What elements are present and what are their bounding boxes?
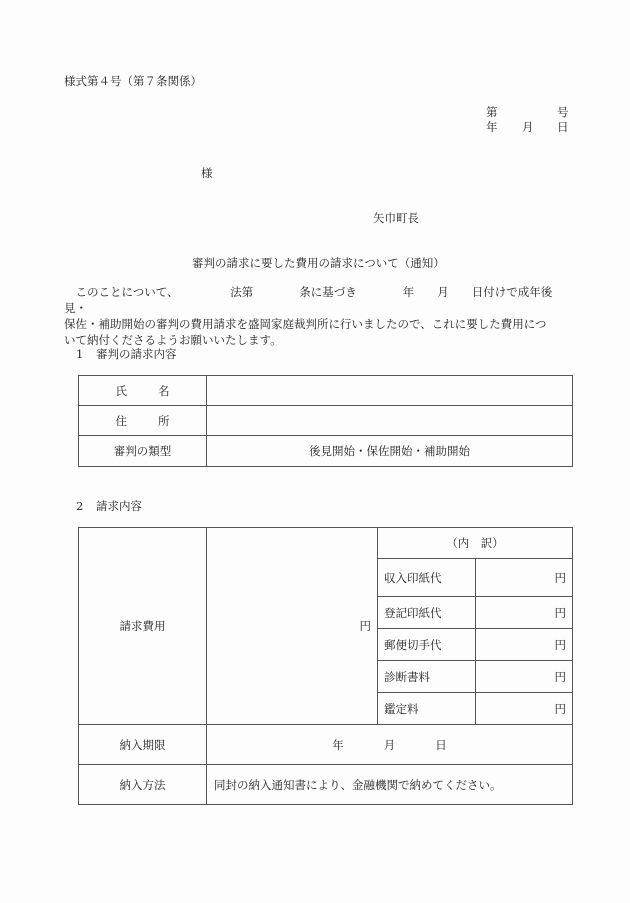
deadline-year: 年: [332, 737, 344, 753]
date-day: 日: [557, 119, 569, 135]
doc-number-suffix: 号: [557, 104, 569, 120]
doc-number-prefix: 第: [486, 104, 498, 120]
table-row: 住所: [79, 406, 573, 436]
deadline-field[interactable]: 年月日: [207, 725, 573, 765]
body-line: 保佐・補助開始の審判の費用請求を盛岡家庭裁判所に行いましたので、これに要した費用…: [64, 316, 574, 332]
payment-method-label: 納入方法: [79, 765, 207, 805]
cost-label: 請求費用: [79, 528, 207, 725]
address-field[interactable]: [207, 406, 573, 436]
breakdown-label: 登記印紙代: [378, 597, 476, 629]
section2-heading: 2請求内容: [76, 498, 142, 514]
table-row: 審判の類型 後見開始・保佐開始・補助開始: [79, 436, 573, 467]
sender: 矢巾町長: [373, 210, 419, 226]
judgment-type-options[interactable]: 後見開始・保佐開始・補助開始: [207, 436, 573, 467]
date-year: 年: [486, 119, 498, 135]
body-line: このことについて、 法第 条に基づき 年 月 日付けで成年後見・: [64, 284, 574, 316]
section2-title: 請求内容: [96, 499, 142, 513]
breakdown-amount-field[interactable]: 円: [475, 559, 573, 597]
deadline-day: 日: [435, 737, 447, 753]
breakdown-label: 郵便切手代: [378, 629, 476, 661]
form-number: 様式第４号（第７条関係）: [64, 73, 202, 89]
table-row: 納入期限 年月日: [79, 725, 573, 765]
payment-method-value: 同封の納入通知書により、金融機関で納めてください。: [207, 765, 573, 805]
table-row: 氏名: [79, 376, 573, 406]
request-details-table: 氏名 住所 審判の類型 後見開始・保佐開始・補助開始: [78, 375, 573, 467]
address-label: 住所: [79, 406, 207, 436]
breakdown-label: 鑑定料: [378, 693, 476, 725]
breakdown-header: （内 訳）: [378, 528, 573, 559]
name-field[interactable]: [207, 376, 573, 406]
total-cost-field[interactable]: 円: [207, 528, 378, 725]
section1-title: 審判の請求内容: [96, 347, 177, 361]
document-title: 審判の請求に要した費用の請求について（通知）: [192, 255, 445, 271]
deadline-month: 月: [384, 737, 396, 753]
deadline-label: 納入期限: [79, 725, 207, 765]
name-label: 氏名: [79, 376, 207, 406]
body-paragraph: このことについて、 法第 条に基づき 年 月 日付けで成年後見・ 保佐・補助開始…: [64, 284, 574, 348]
breakdown-amount-field[interactable]: 円: [475, 661, 573, 693]
breakdown-label: 収入印紙代: [378, 559, 476, 597]
section1-heading: 1審判の請求内容: [76, 346, 177, 362]
table-row: 納入方法 同封の納入通知書により、金融機関で納めてください。: [79, 765, 573, 805]
judgment-type-label: 審判の類型: [79, 436, 207, 467]
date-month: 月: [522, 119, 534, 135]
addressee: 様: [201, 165, 213, 181]
breakdown-amount-field[interactable]: 円: [475, 597, 573, 629]
section2-number: 2: [76, 499, 96, 513]
section1-number: 1: [76, 347, 96, 361]
breakdown-amount-field[interactable]: 円: [475, 693, 573, 725]
table-row: 請求費用 円 （内 訳）: [79, 528, 573, 559]
breakdown-amount-field[interactable]: 円: [475, 629, 573, 661]
billing-table: 請求費用 円 （内 訳） 収入印紙代 円 登記印紙代 円 郵便切手代 円 診断書…: [78, 527, 573, 805]
breakdown-label: 診断書料: [378, 661, 476, 693]
